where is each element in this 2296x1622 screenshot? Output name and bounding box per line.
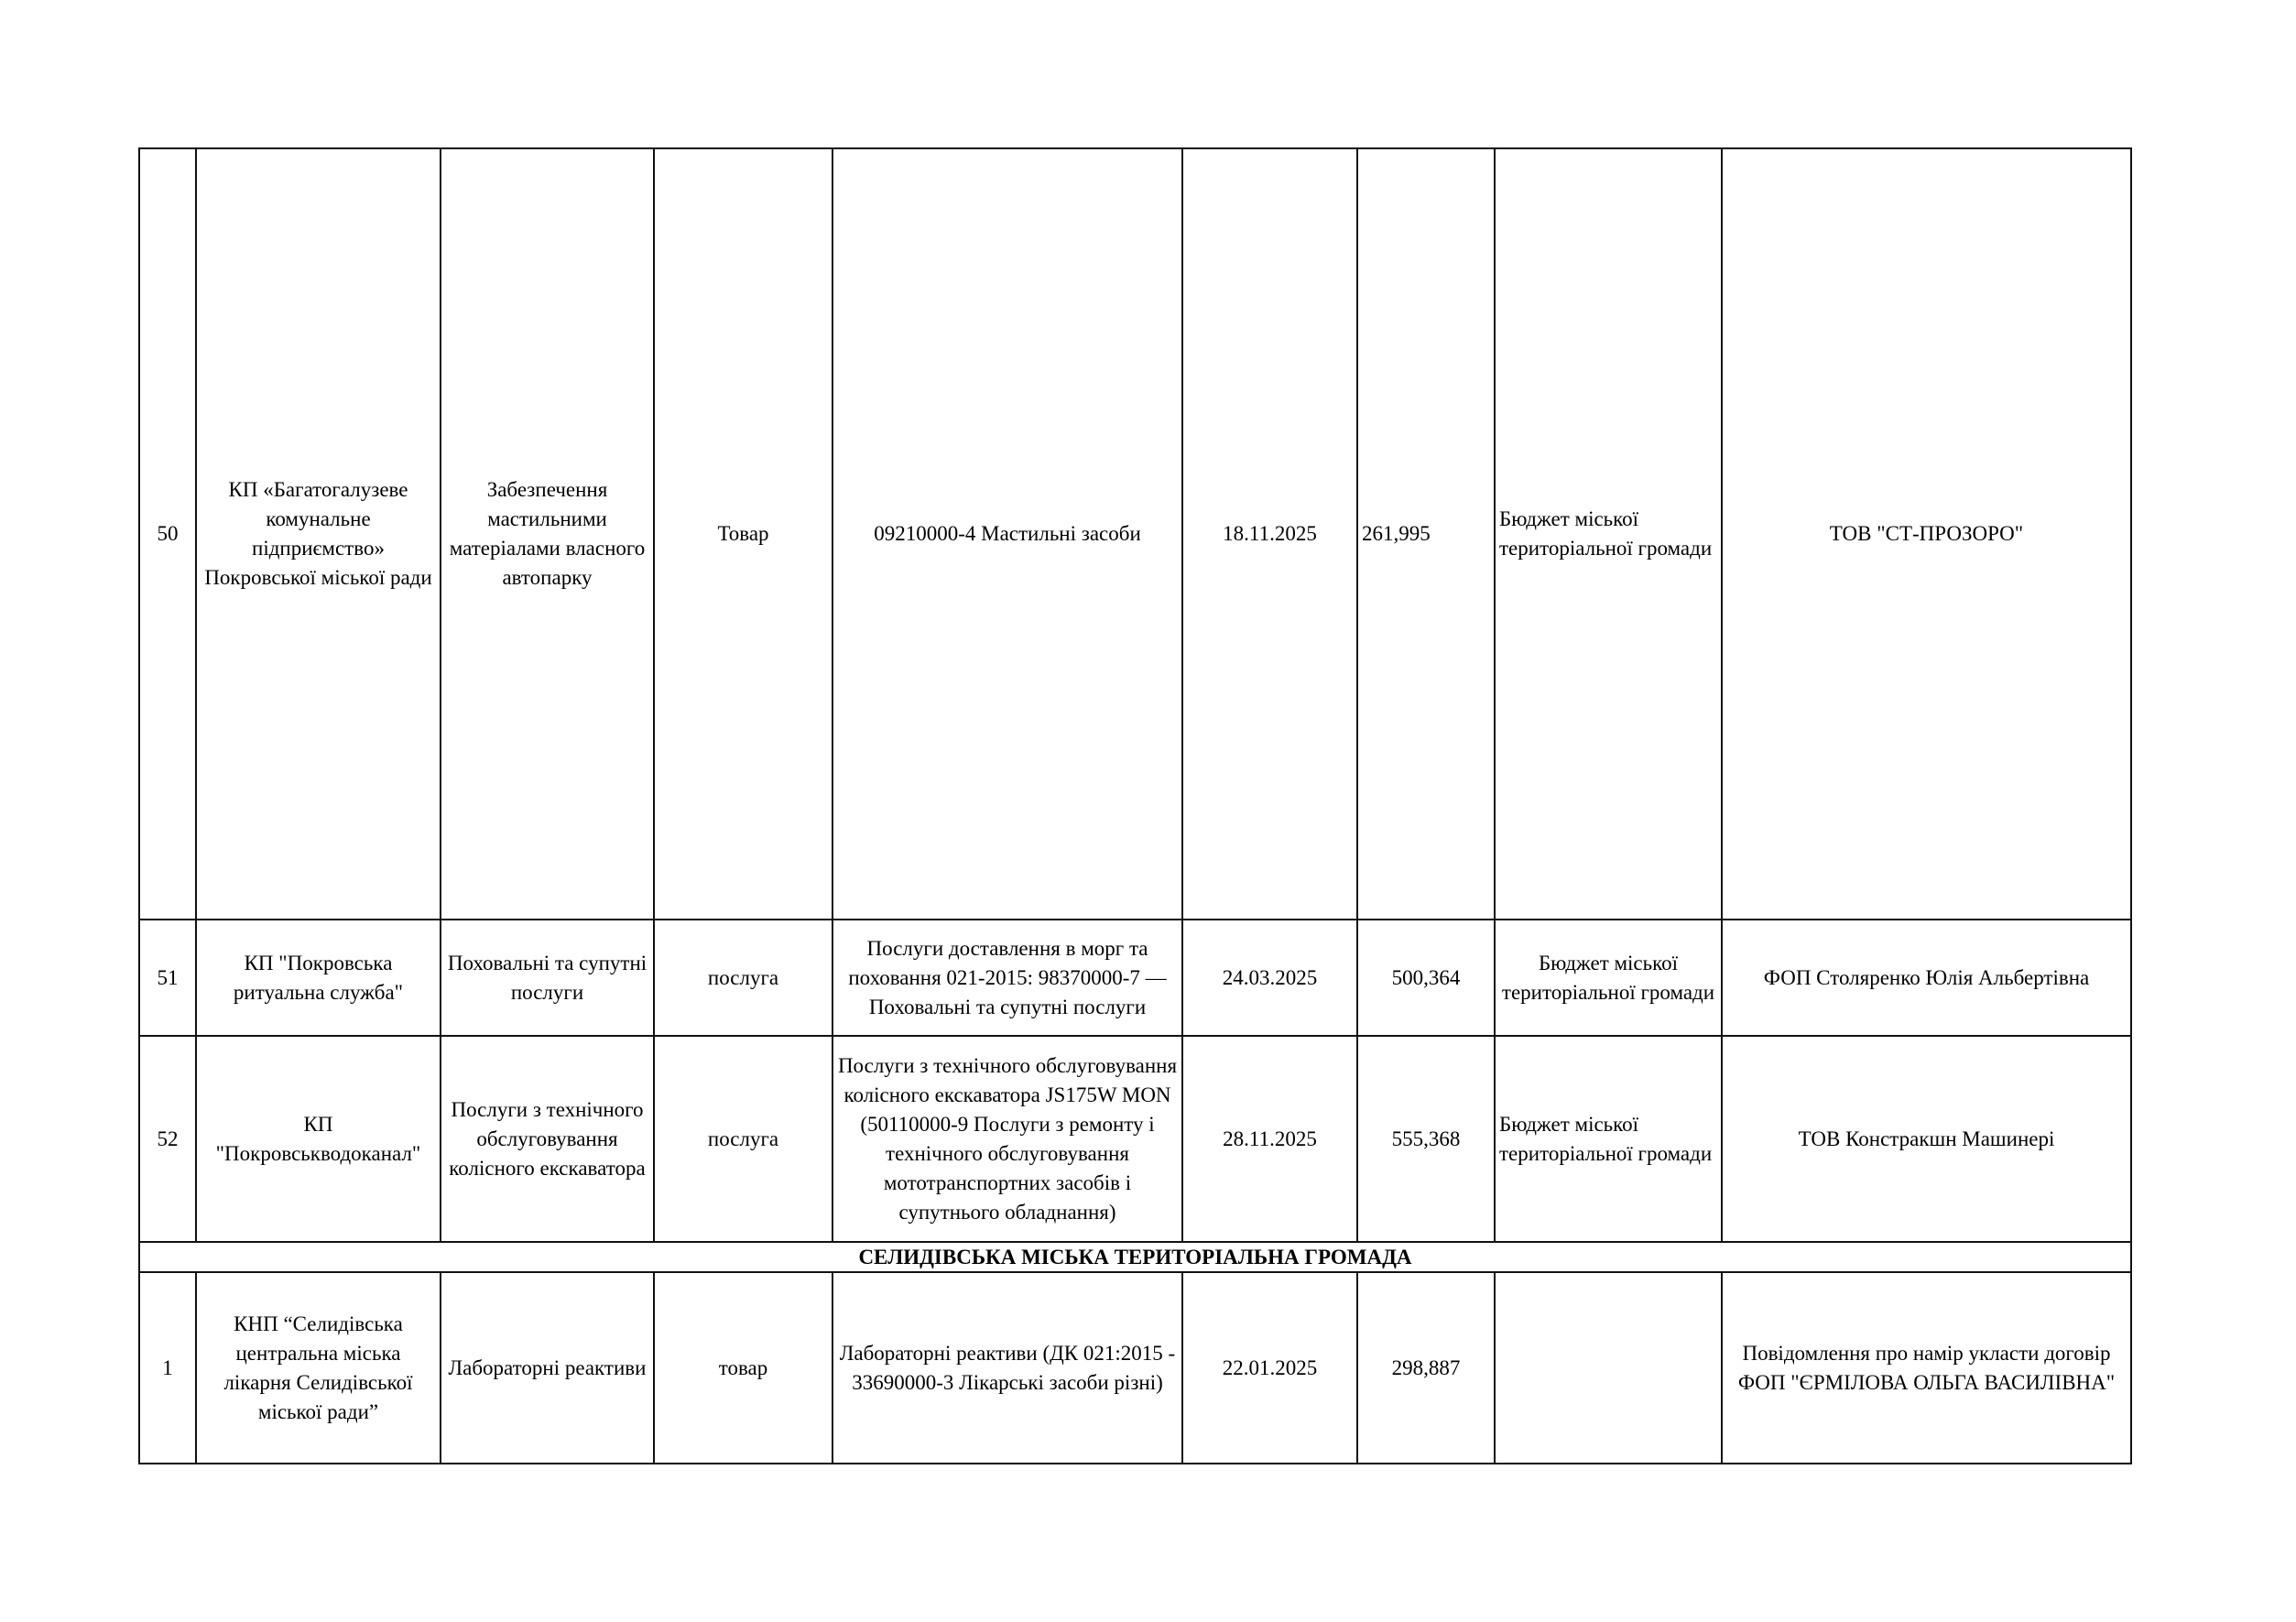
funding-cell — [1495, 1272, 1722, 1464]
row-number: 52 — [139, 1036, 196, 1242]
row-number: 51 — [139, 920, 196, 1036]
customer-cell: КП «Багатогалузеве комунальне підприємст… — [196, 148, 441, 920]
funding-cell: Бюджет міської територіальної громади — [1495, 920, 1722, 1036]
table-row: 50 КП «Багатогалузеве комунальне підприє… — [139, 148, 2131, 920]
amount-cell: 500,364 — [1357, 920, 1495, 1036]
type-cell: послуга — [654, 920, 832, 1036]
type-cell: товар — [654, 1272, 832, 1464]
type-cell: послуга — [654, 1036, 832, 1242]
subject-cell: Лабораторні реактиви — [441, 1272, 654, 1464]
subject-cell: Забезпечення мастильними матеріалами вла… — [441, 148, 654, 920]
date-cell: 28.11.2025 — [1182, 1036, 1357, 1242]
procurement-table: 50 КП «Багатогалузеве комунальне підприє… — [138, 147, 2132, 1464]
table-row: 51 КП "Покровська ритуальна служба" Похо… — [139, 920, 2131, 1036]
customer-cell: КНП “Селидівська центральна міська лікар… — [196, 1272, 441, 1464]
date-cell: 24.03.2025 — [1182, 920, 1357, 1036]
supplier-cell: ТОВ "СТ-ПРОЗОРО" — [1722, 148, 2131, 920]
code-cell: Лабораторні реактиви (ДК 021:2015 - 3369… — [832, 1272, 1182, 1464]
type-cell: Товар — [654, 148, 832, 920]
table-row: 1 КНП “Селидівська центральна міська лік… — [139, 1272, 2131, 1464]
funding-cell: Бюджет міської територіальної громади — [1495, 1036, 1722, 1242]
customer-cell: КП "Покровськводоканал" — [196, 1036, 441, 1242]
row-number: 50 — [139, 148, 196, 920]
code-cell: 09210000-4 Мастильні засоби — [832, 148, 1182, 920]
row-number: 1 — [139, 1272, 196, 1464]
code-cell: Послуги з технічного обслуговування колі… — [832, 1036, 1182, 1242]
section-header-row: СЕЛИДІВСЬКА МІСЬКА ТЕРИТОРІАЛЬНА ГРОМАДА — [139, 1242, 2131, 1272]
code-cell: Послуги доставлення в морг та поховання … — [832, 920, 1182, 1036]
supplier-cell: ТОВ Констракшн Машинері — [1722, 1036, 2131, 1242]
amount-cell: 555,368 — [1357, 1036, 1495, 1242]
amount-cell: 261,995 — [1357, 148, 1495, 920]
table-row: 52 КП "Покровськводоканал" Послуги з тех… — [139, 1036, 2131, 1242]
amount-cell: 298,887 — [1357, 1272, 1495, 1464]
funding-cell: Бюджет міської територіальної громади — [1495, 148, 1722, 920]
supplier-cell: Повідомлення про намір укласти договір Ф… — [1722, 1272, 2131, 1464]
subject-cell: Поховальні та супутні послуги — [441, 920, 654, 1036]
customer-cell: КП "Покровська ритуальна служба" — [196, 920, 441, 1036]
date-cell: 18.11.2025 — [1182, 148, 1357, 920]
date-cell: 22.01.2025 — [1182, 1272, 1357, 1464]
section-title: СЕЛИДІВСЬКА МІСЬКА ТЕРИТОРІАЛЬНА ГРОМАДА — [139, 1242, 2131, 1272]
subject-cell: Послуги з технічного обслуговування колі… — [441, 1036, 654, 1242]
supplier-cell: ФОП Столяренко Юлія Альбертівна — [1722, 920, 2131, 1036]
